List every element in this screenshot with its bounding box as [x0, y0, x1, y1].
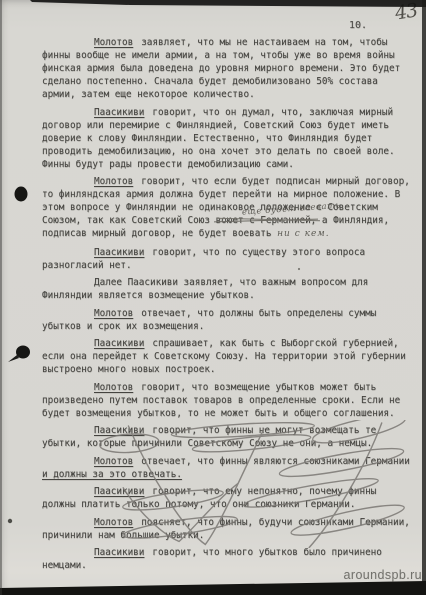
speaker-name: Молотов: [94, 517, 133, 528]
dialogue-paragraph: Молотовзаявляет, что мы не настаиваем на…: [42, 36, 414, 101]
paragraph-text: отвечает, что должны быть определены сум…: [42, 308, 376, 332]
dialogue-paragraph: Далее Паасикиви заявляет, что важным воп…: [42, 276, 414, 302]
document-body: Молотовзаявляет, что мы не настаиваем на…: [42, 36, 414, 577]
scan-edge-top: [30, 0, 426, 7]
dialogue-paragraph-with-edits: Молотовговорит, что если будет подписан …: [42, 175, 414, 241]
pencil-struck-phrase: еще будет воеватьвоюет с Германией,: [216, 215, 317, 226]
speaker-name: Паасикиви: [94, 107, 144, 118]
speaker-name: Молотов: [94, 308, 133, 319]
pencil-crossed-out-block: Паасикивиговорит, что финны не могут воз…: [42, 424, 414, 542]
scanned-document-page: 43 10. Молотовзаявляет, что мы не настаи…: [0, 0, 426, 595]
handwritten-archival-page-number: 43: [393, 0, 418, 25]
dialogue-paragraph-crossed-out: Молотовотвечает, что финны являются союз…: [42, 455, 414, 481]
scan-edge-left: [0, 0, 2, 595]
site-watermark: aroundspb.ru: [344, 568, 422, 582]
scan-edge-right: [422, 0, 426, 595]
typed-page-number: 10.: [349, 20, 367, 31]
paragraph-text: Далее Паасикиви заявляет, что важным воп…: [42, 277, 368, 301]
speaker-name: Молотов: [94, 37, 133, 48]
dialogue-paragraph-crossed-out: Паасикивиговорит, что финны не могут воз…: [42, 424, 414, 450]
handwritten-line-ending: ни с кем.: [277, 229, 330, 239]
speaker-name: Молотов: [94, 456, 133, 467]
paragraph-text: отвечает, что финны являются союзниками …: [141, 456, 410, 467]
struck-typed-text: воюет с Германией,: [216, 215, 317, 226]
speaker-name: Молотов: [94, 176, 133, 187]
ink-blot: [16, 346, 30, 359]
speaker-name: Паасикиви: [94, 338, 144, 349]
paragraph-text: говорит, что ему непонятно, почему финны…: [42, 486, 376, 510]
ink-blot: [15, 187, 28, 202]
scan-edge-bottom: [0, 581, 426, 595]
dialogue-paragraph-crossed-out: Молотовпоясняет, что финны, будучи союзн…: [42, 516, 414, 542]
speaker-name: Молотов: [94, 382, 133, 393]
dialogue-paragraph: Молотовговорит, что возмещение убытков м…: [42, 381, 414, 420]
speaker-name: Паасикиви: [94, 547, 144, 558]
paragraph-text: говорит, что много убытков было причинен…: [42, 547, 382, 571]
ink-blot-tail: [20, 195, 25, 201]
underlined-typed-text: и должны за это отвечать.: [42, 469, 182, 480]
dialogue-paragraph: Паасикивиспрашивает, как быть с Выборгск…: [42, 337, 414, 376]
paragraph-text: говорит, что финны не могут возмещать те…: [42, 425, 376, 449]
speaker-name: Паасикиви: [94, 486, 144, 497]
dialogue-paragraph-crossed-out: Паасикивиговорит, что ему непонятно, поч…: [42, 485, 414, 511]
dialogue-paragraph: Молотовотвечает, что должны быть определ…: [42, 307, 414, 333]
ink-speck: [8, 519, 12, 523]
ink-blot-tail: [8, 355, 19, 362]
dialogue-paragraph: Паасикивиговорит, что он думал, что, зак…: [42, 106, 414, 171]
speaker-name: Паасикиви: [94, 247, 144, 258]
paragraph-text: говорит, что по существу этого вопроса р…: [42, 247, 365, 271]
speaker-name: Паасикиви: [94, 425, 144, 436]
dialogue-paragraph: Паасикивиговорит, что по существу этого …: [42, 246, 414, 272]
